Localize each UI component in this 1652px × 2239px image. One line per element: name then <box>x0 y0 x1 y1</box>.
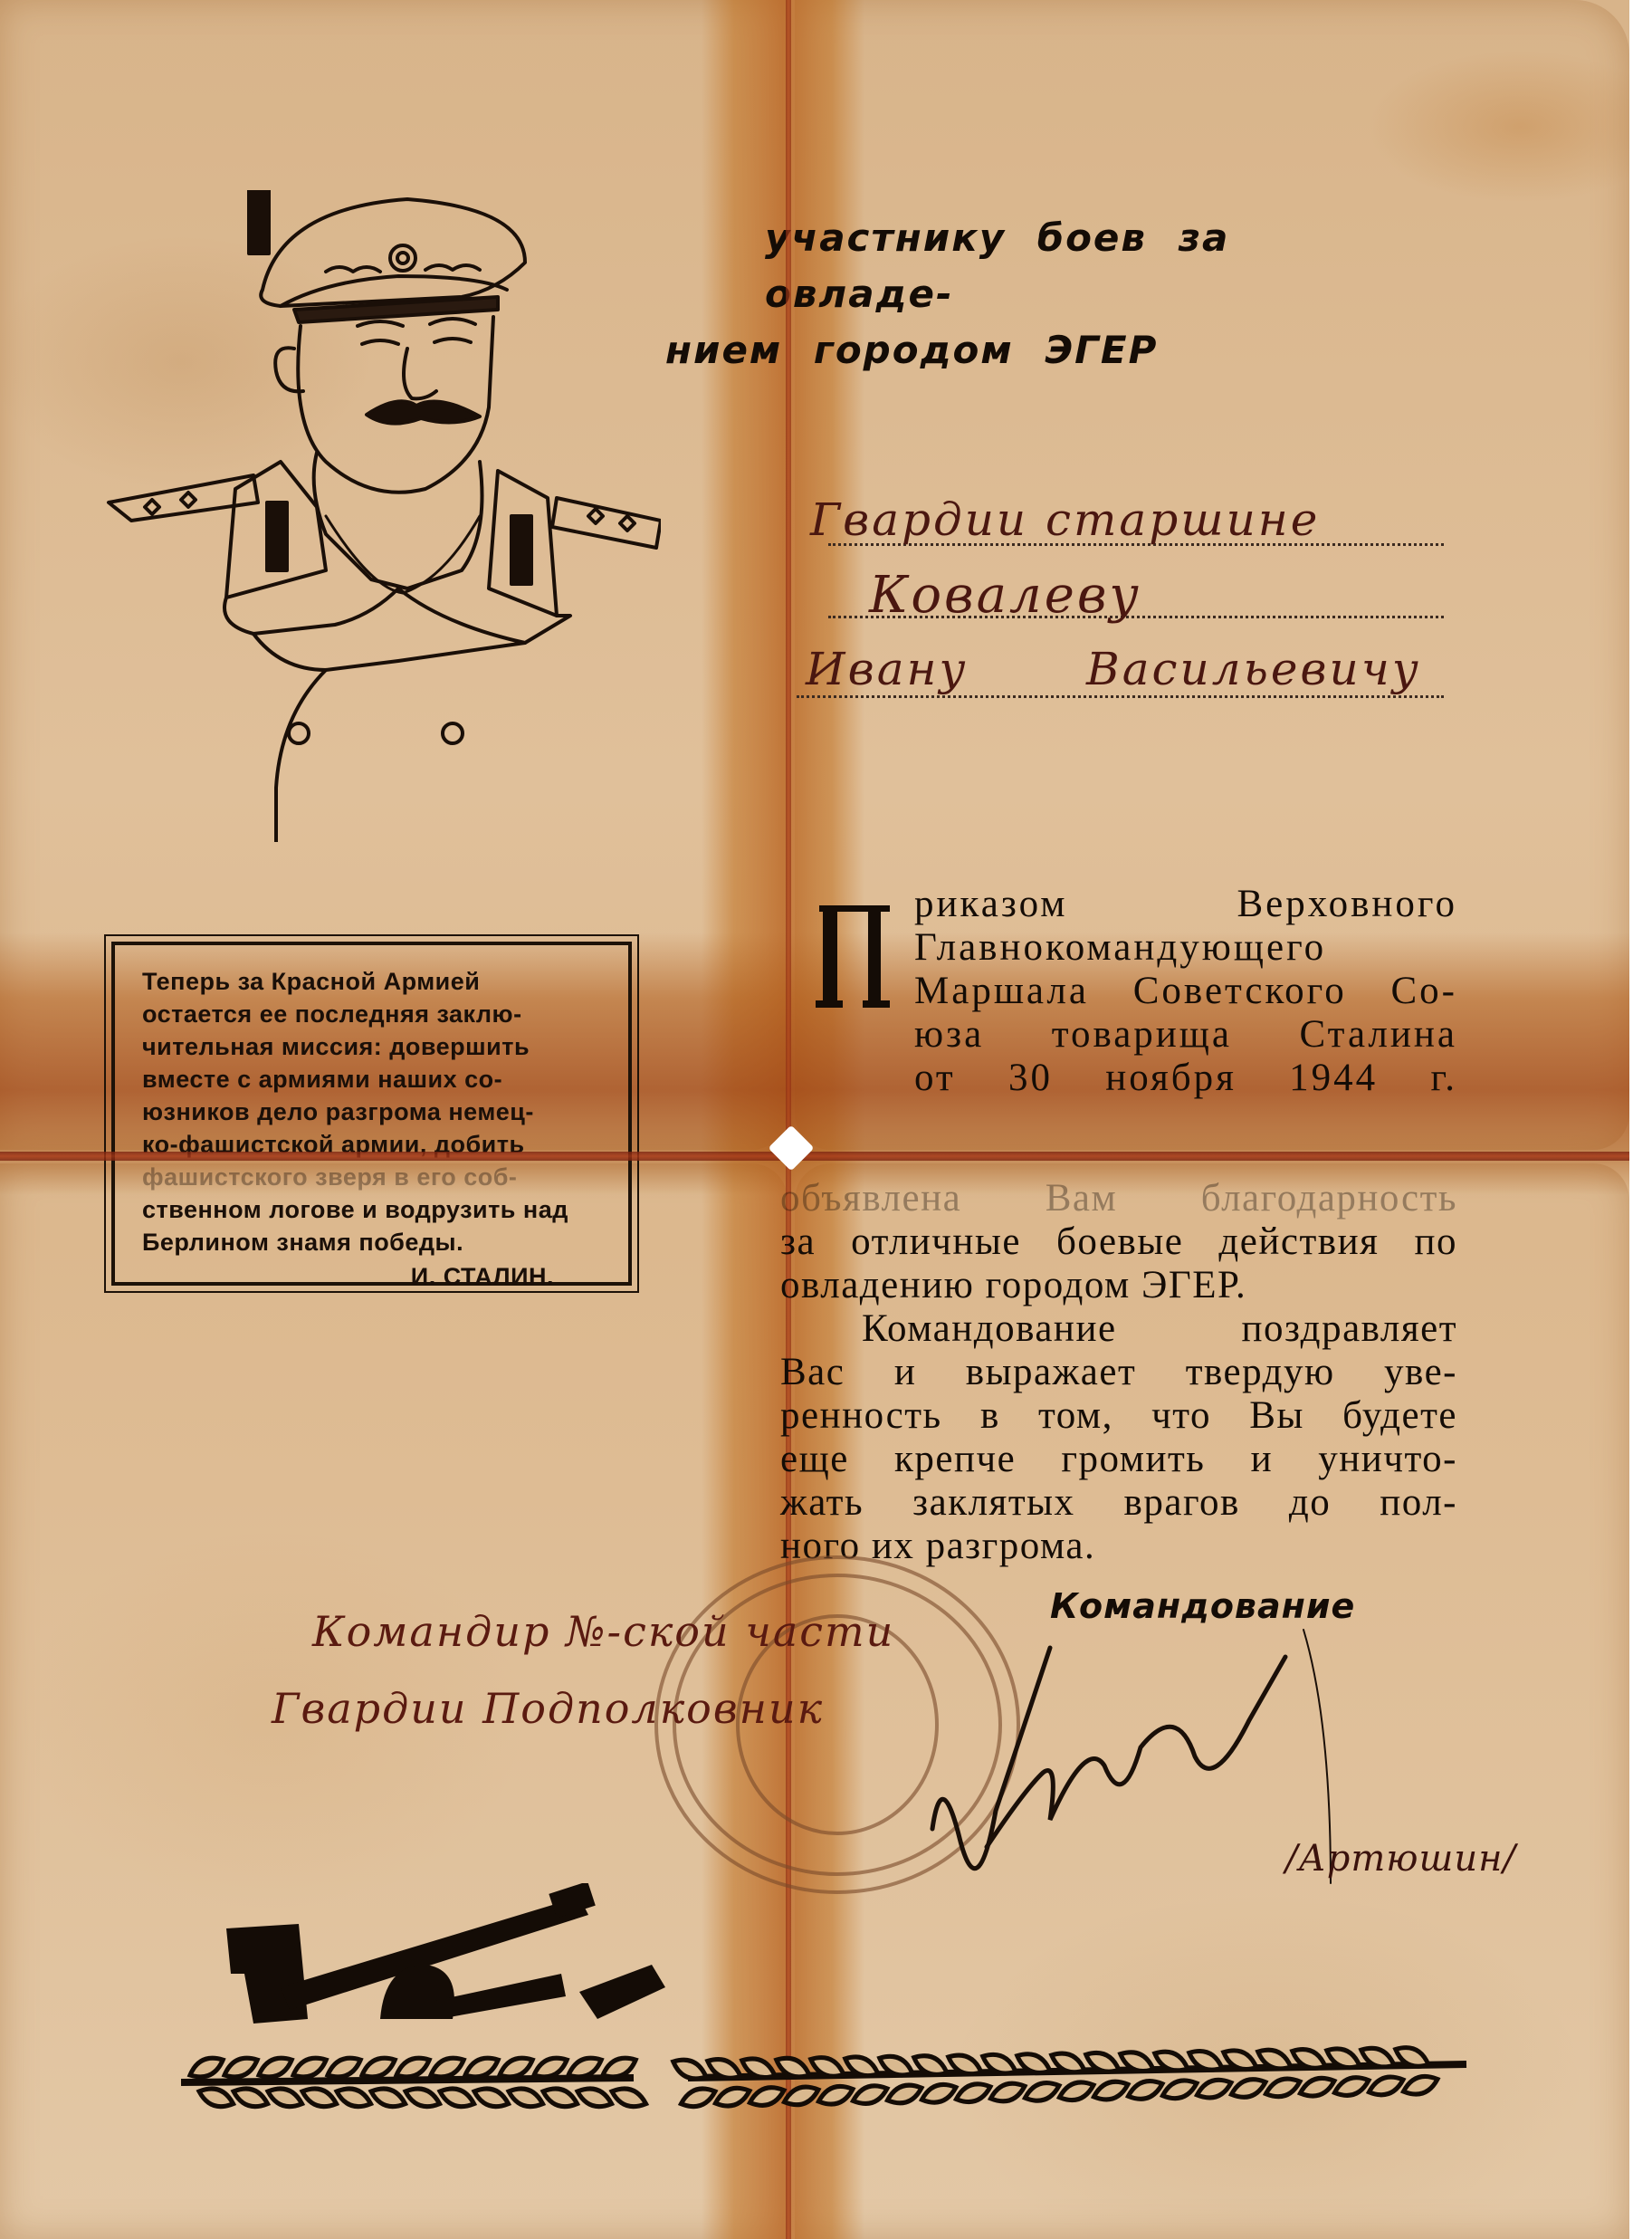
certificate-header: участнику боев за овладе- нием городом Э… <box>665 210 1435 378</box>
quote-line: фашистского зверя в его соб- <box>142 1161 608 1193</box>
quote-line: Теперь за Красной Армией <box>142 965 608 998</box>
commander-signature-icon <box>905 1612 1412 1956</box>
recipient-surname: Ковалеву <box>869 566 1141 625</box>
commander-rank: Гвардии Подполковник <box>272 1684 824 1733</box>
body-line: Вас и выражает твердую уве- <box>780 1351 1457 1394</box>
recipient-patronymic: Васильевичу <box>1086 643 1421 695</box>
quote-text: Теперь за Красной Армией остается ее пос… <box>142 965 608 1258</box>
order-line: от 30 ноября 1944 г. <box>914 1057 1457 1100</box>
laurel-branch-icon <box>181 1992 1494 2128</box>
order-line: Главнокомандующего <box>914 926 1457 970</box>
commendation-body: объявлена Вам благодарность за отличные … <box>780 1177 1457 1568</box>
body-line: Командование поздравляет <box>780 1307 1457 1351</box>
dropcap-ornament-icon <box>810 901 892 1009</box>
header-line-2: нием городом ЭГЕР <box>665 322 1435 378</box>
quote-signature: И. СТАЛИН. <box>142 1260 554 1293</box>
body-line: за отличные боевые действия по <box>780 1220 1457 1264</box>
stalin-quote-box: Теперь за Красной Армией остается ее пос… <box>111 942 632 1286</box>
header-line-1: участнику боев за овладе- <box>665 210 1435 322</box>
order-line: юза товарища Сталина <box>914 1013 1457 1057</box>
recipient-rank-part1: Гвардии старшине <box>810 493 1320 546</box>
body-line: объявлена Вам благодарность <box>780 1177 1457 1220</box>
quote-line: Берлином знамя победы. <box>142 1226 608 1258</box>
recipient-line-3 <box>797 695 1444 698</box>
quote-line: юзников дело разгрома немец- <box>142 1096 608 1128</box>
order-text: риказом Верховного Главнокомандующего Ма… <box>914 883 1457 1100</box>
quote-line: остается ее последняя заклю- <box>142 998 608 1030</box>
quote-line: ственном логове и водрузить над <box>142 1193 608 1226</box>
quote-line: чительная миссия: довершить <box>142 1030 608 1063</box>
order-line: Маршала Советского Со- <box>914 970 1457 1013</box>
body-line: жать заклятых врагов до пол- <box>780 1481 1457 1525</box>
vertical-fold-crease <box>786 0 791 2239</box>
horizontal-fold-crease <box>0 1152 1629 1161</box>
commander-title: Командир №-ской части <box>312 1607 894 1656</box>
commander-signature-name: /Артюшин/ <box>1285 1838 1516 1880</box>
recipient-first-name: Ивану <box>806 643 968 695</box>
body-line: еще крепче громить и уничто- <box>780 1438 1457 1481</box>
body-line: овладению городом ЭГЕР. <box>780 1264 1457 1307</box>
order-line: риказом Верховного <box>914 883 1457 926</box>
quote-line: вместе с армиями наших со- <box>142 1063 608 1096</box>
body-line: ренность в том, что Вы будете <box>780 1394 1457 1438</box>
portrait-engraving-icon <box>100 190 661 842</box>
